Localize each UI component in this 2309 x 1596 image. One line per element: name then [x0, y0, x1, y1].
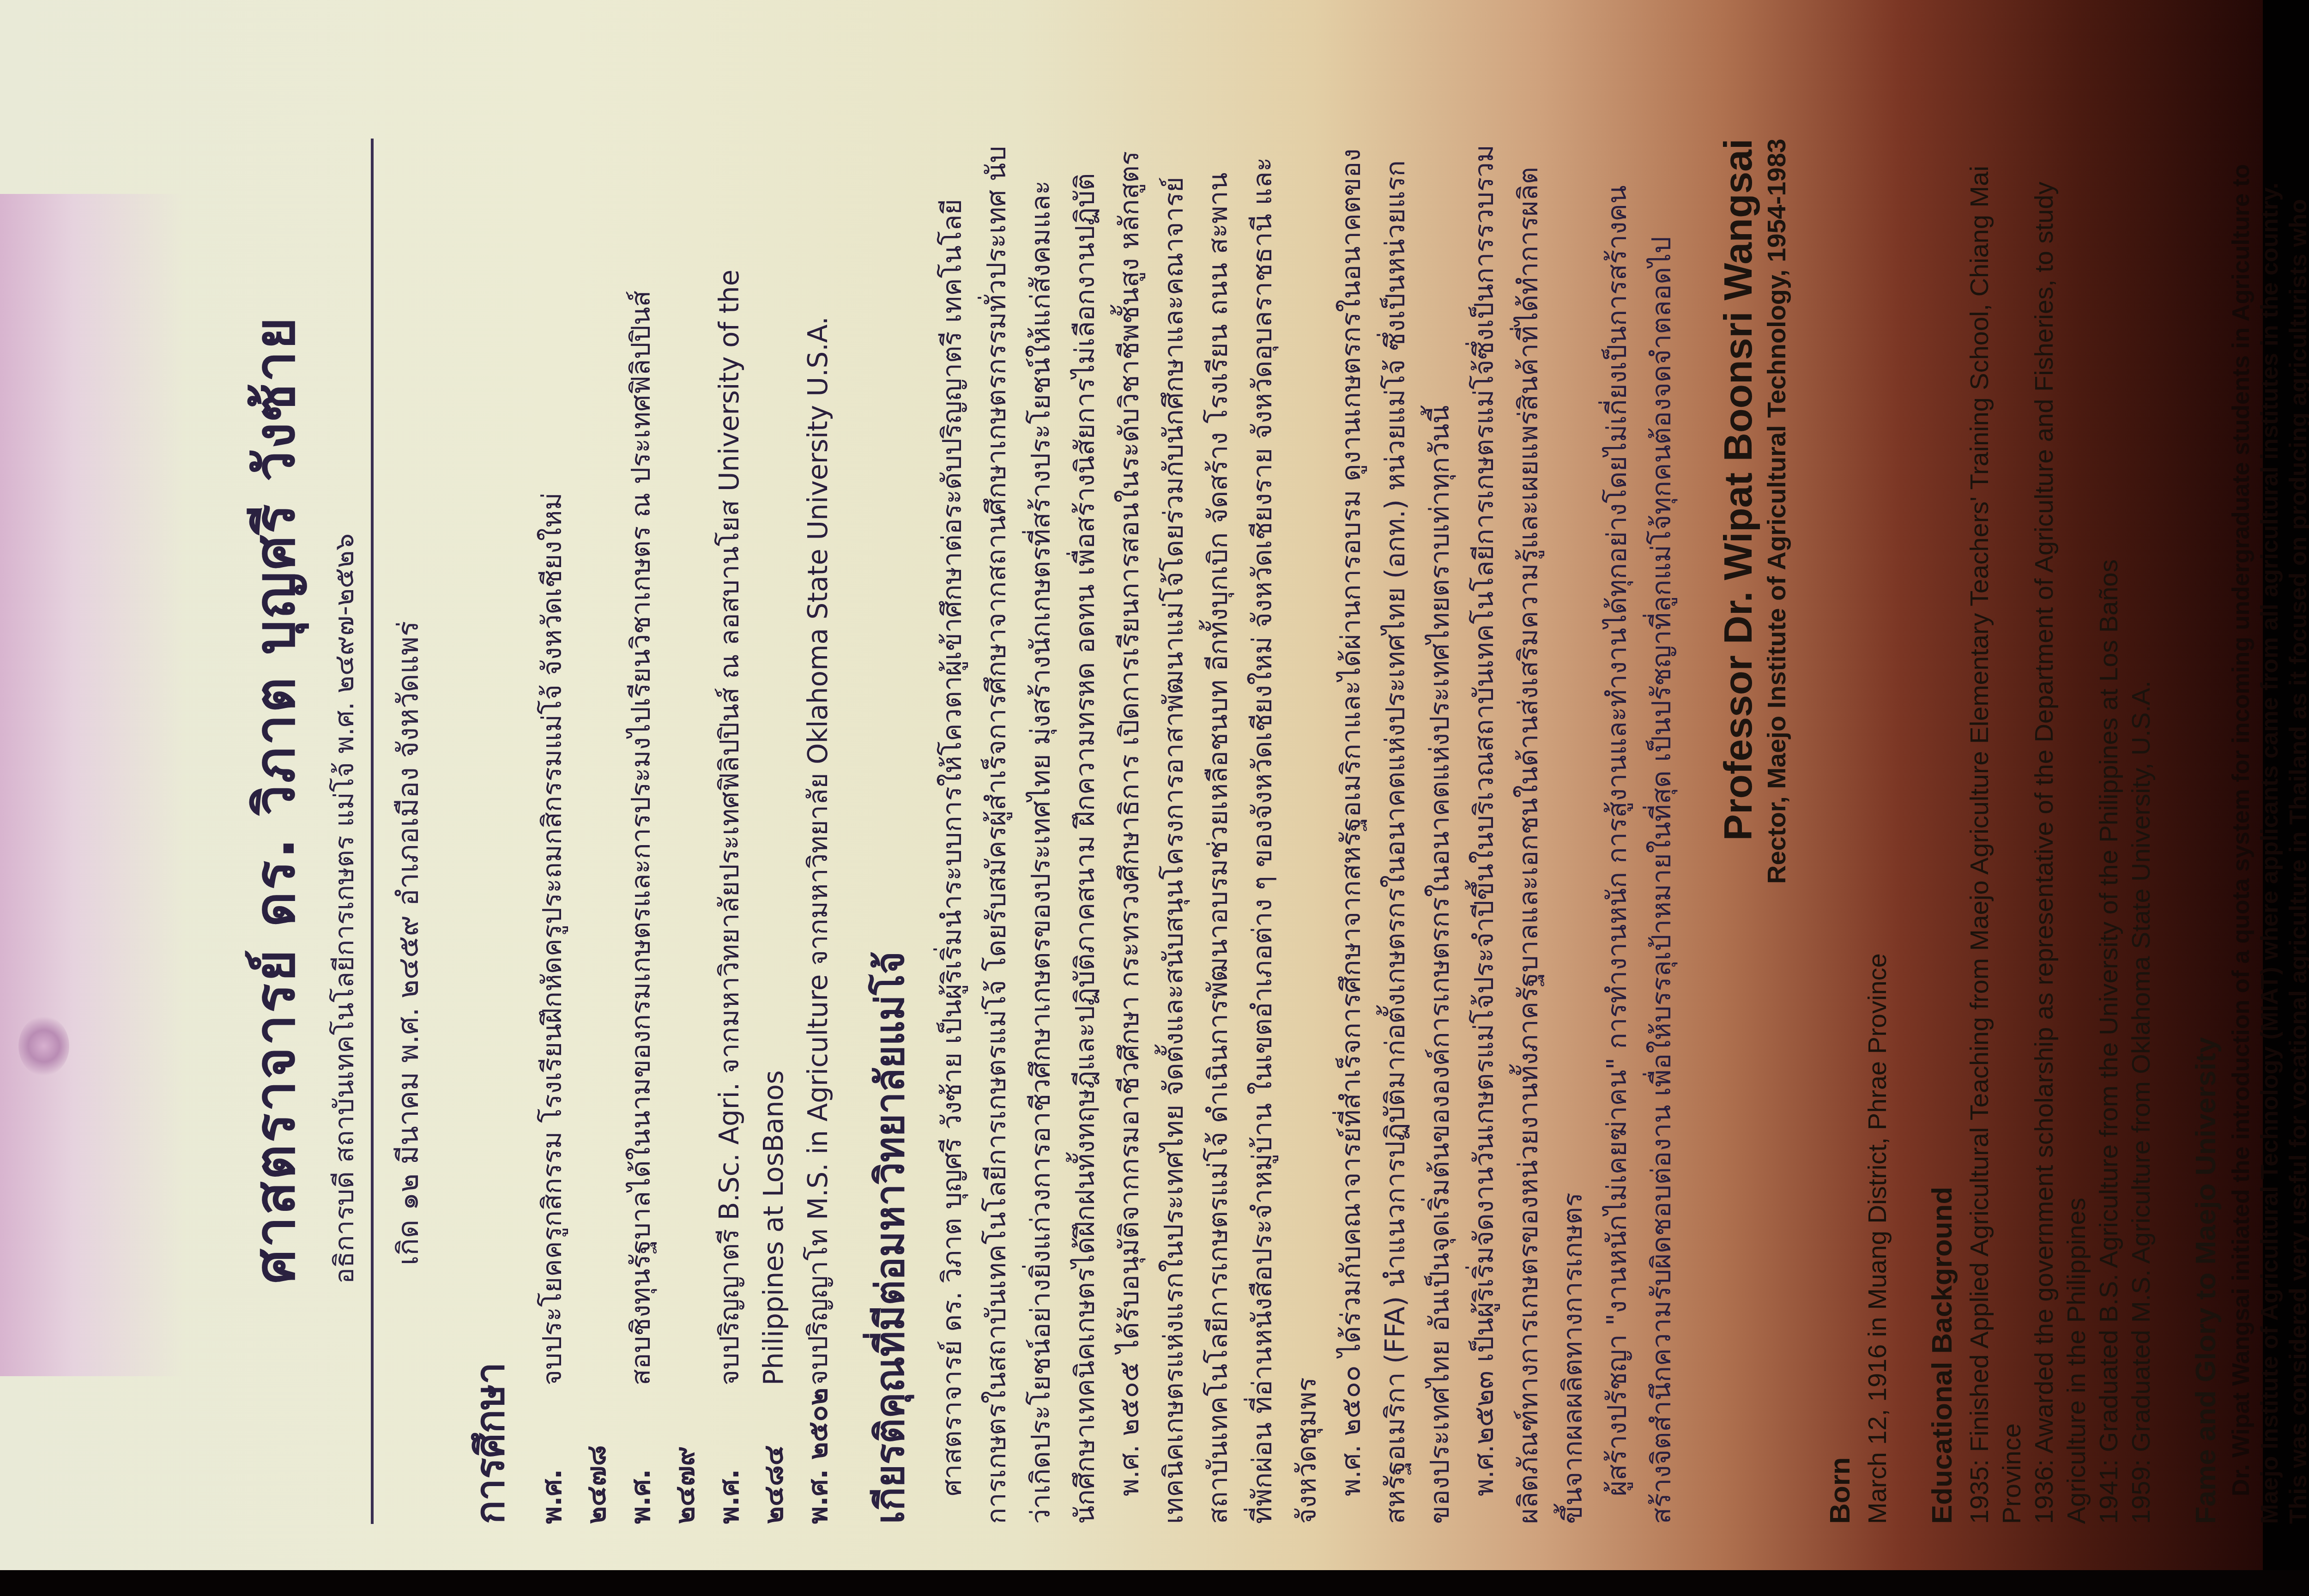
born-text: March 12, 1916 in Muang District, Phrae …	[1861, 139, 1893, 1524]
english-education-year: 1959:	[2126, 1459, 2155, 1524]
education-text: จบปริญญาตรี B.Sc. Agri. จากมหาวิทยาลัยปร…	[707, 139, 796, 1385]
thai-education-heading: การศึกษา	[459, 139, 520, 1524]
thai-birth-line: เกิด ๑๒ มีนาคม พ.ศ. ๒๔๕๙ อำเภอเมือง จังห…	[386, 139, 431, 1265]
english-education-row: 1959: Graduated M.S. Agriculture from Ok…	[2125, 139, 2157, 1524]
english-education-text: Graduated B.S. Agriculture from the Univ…	[2094, 559, 2123, 1452]
document-page: ศาสตราจารย์ ดร. วิภาต บุญศรี วังซ้าย อธิ…	[231, 139, 2309, 1524]
thai-honor-paragraph: พ.ศ. ๒๕๐๕ ได้รับอนุมัติจากกรมอาชีวศึกษา …	[1107, 139, 1329, 1524]
education-row: พ.ศ. ๒๔๗๘ จบประโยคครูกสิกรรม โรงเรียนฝึก…	[530, 139, 618, 1524]
english-education-year: 1935:	[1964, 1459, 1994, 1524]
fame-heading: Fame and Glory to Maejo University	[2189, 139, 2222, 1524]
education-row: พ.ศ. ๒๔๘๔ จบปริญญาตรี B.Sc. Agri. จากมหา…	[707, 139, 796, 1524]
education-text: จบประโยคครูกสิกรรม โรงเรียนฝึกหัดครูประถ…	[530, 139, 618, 1385]
thai-education-list: พ.ศ. ๒๔๗๘ จบประโยคครูกสิกรรม โรงเรียนฝึก…	[530, 139, 840, 1524]
english-education-text: Graduated M.S. Agriculture from Oklahoma…	[2126, 681, 2155, 1452]
english-education-heading: Educational Background	[1926, 139, 1958, 1524]
english-education-row: 1935: Finished Applied Agricultural Teac…	[1963, 139, 2028, 1524]
english-name: Professor Dr. Wipat Boonsri Wangsai	[1716, 139, 1761, 1524]
english-education-row: 1936: Awarded the government scholarship…	[2028, 139, 2092, 1524]
education-text: จบปริญญาโท M.S. in Agriculture จากมหาวิท…	[796, 139, 840, 1385]
english-section: Born March 12, 1916 in Muang District, P…	[1824, 139, 2309, 1524]
thai-honor-paragraph: พ.ศ. ๒๕๐๐ ได้ร่วมกับคณาจารย์ที่สำเร็จการ…	[1329, 139, 1462, 1524]
thai-honor-paragraph: พ.ศ.๒๕๒๓ เป็นผู้ริเริ่มจัดงานวันเกษตรแม่…	[1462, 139, 1595, 1524]
education-text: สอบชิงทุนรัฐบาลได้ในนามของกรมเกษตรและการ…	[618, 139, 707, 1385]
english-role: Rector, Maejo Institute of Agricultural …	[1761, 139, 1791, 1524]
education-year: พ.ศ. ๒๔๘๔	[707, 1385, 796, 1524]
english-education-year: 1941:	[2094, 1459, 2123, 1524]
english-education-text: Awarded the government scholarship as re…	[2029, 182, 2091, 1524]
dark-background-bottom	[0, 1570, 2309, 1596]
title-divider	[371, 139, 374, 1524]
thai-section: ศาสตราจารย์ ดร. วิภาต บุญศรี วังซ้าย อธิ…	[231, 139, 1683, 1524]
english-signature: Professor Dr. Wipat Boonsri Wangsai Rect…	[1716, 139, 1791, 1524]
education-year: พ.ศ. ๒๔๗๘	[530, 1385, 618, 1524]
pink-edge-strip	[0, 194, 185, 1376]
education-row: พ.ศ. ๒๔๗๙ สอบชิงทุนรัฐบาลได้ในนามของกรมเ…	[618, 139, 707, 1524]
thai-honor-paragraph: ผู้สร้างปรัชญา "งานหนักไม่เคยฆ่าคน" การท…	[1595, 139, 1683, 1524]
thai-honor-paragraph: ศาสตราจารย์ ดร. วิภาต บุญศรี วังซ้าย เป็…	[930, 139, 1107, 1524]
education-row: พ.ศ. ๒๕๐๒ จบปริญญาโท M.S. in Agriculture…	[796, 139, 840, 1524]
thai-subtitle: อธิการบดี สถาบันเทคโนโลยีการเกษตร แม่โจ้…	[322, 139, 365, 1284]
education-year: พ.ศ. ๒๔๗๙	[618, 1385, 707, 1524]
thai-title: ศาสตราจารย์ ดร. วิภาต บุญศรี วังซ้าย	[231, 139, 318, 1284]
english-education-year: 1936:	[2029, 1459, 2058, 1524]
english-education-text: Finished Applied Agricultural Teaching f…	[1964, 166, 2026, 1524]
thai-honor-heading: เกียรติคุณที่มีต่อมหาวิทยาลัยแม่โจ้	[858, 139, 920, 1524]
born-heading: Born	[1824, 139, 1856, 1524]
english-education-row: 1941: Graduated B.S. Agriculture from th…	[2092, 139, 2125, 1524]
stain-mark	[18, 1016, 69, 1076]
fame-paragraph: Dr. Wipat Wangsai initiated the introduc…	[2227, 139, 2309, 1524]
education-year: พ.ศ. ๒๕๐๒	[796, 1385, 840, 1524]
